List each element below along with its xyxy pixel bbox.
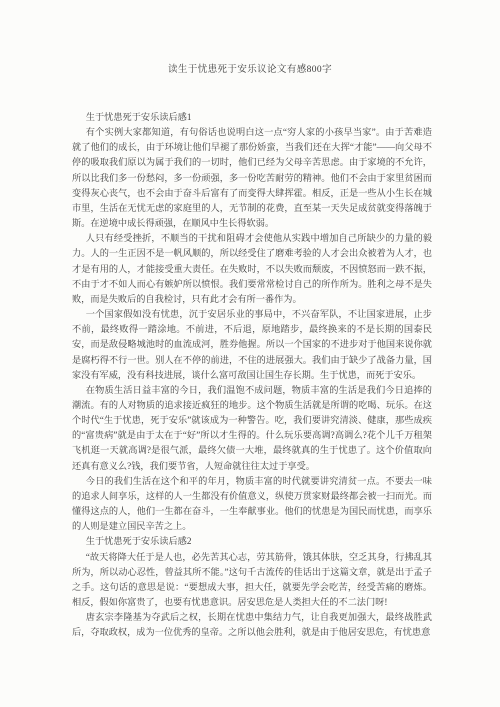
essay-paragraph: 一个国家假如没有忧患，沉于安居乐业的事局中，不兴奋军队，不让国家进展，止步不前，… bbox=[72, 307, 432, 383]
essay-paragraph: 人只有经受挫折，不顺当的干扰和阻碍才会使他从实践中增加自己所缺少的力量的毅力。人… bbox=[72, 231, 432, 307]
essay-paragraph: “故天将降大任于是人也，必先苦其心志，劳其筋骨，饿其体肤，空乏其身，行拂乱其所为… bbox=[72, 550, 432, 611]
document-title: 读生于忧患死于安乐议论文有感800字 bbox=[0, 61, 500, 75]
essay-paragraph: 有个实例大家都知道，有句俗话也说明白这一点“穷人家的小孩早当家”。由于苦难造就了… bbox=[72, 125, 432, 231]
essay-paragraph: 今日的我们生活在这个和平的年月，物质丰富的时代就要讲究清贫一点。不要去一味的追求… bbox=[72, 474, 432, 535]
document-body: 生于忧患死于安乐读后感1 有个实例大家都知道，有句俗话也说明白这一点“穷人家的小… bbox=[72, 110, 432, 640]
essay-paragraph: 唐玄宗李隆基为夺武后之权，长期在忧患中集结力气，让自我更加强大，最终战胜武后，夺… bbox=[72, 610, 432, 640]
essay-paragraph: 在物质生活日益丰富的今日，我们温饱不成问题，物质丰富的生活是我们今日追捧的潮流。… bbox=[72, 383, 432, 474]
document-page: 读生于忧患死于安乐议论文有感800字 生于忧患死于安乐读后感1 有个实例大家都知… bbox=[0, 0, 500, 707]
section-1-heading: 生于忧患死于安乐读后感1 bbox=[72, 110, 432, 125]
section-2-heading: 生于忧患死于安乐读后感2 bbox=[72, 534, 432, 549]
